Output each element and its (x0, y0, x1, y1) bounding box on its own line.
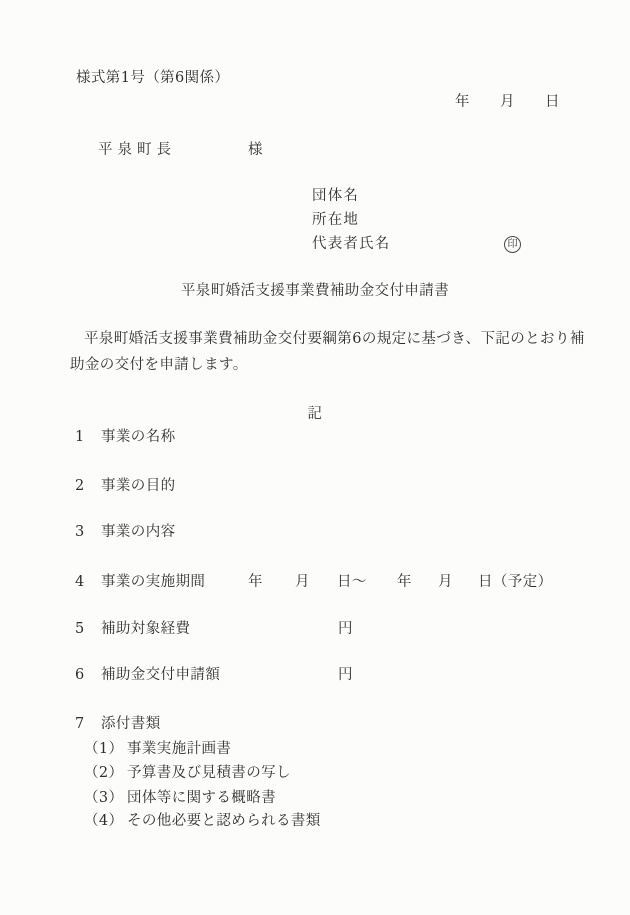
item-label: 事業の内容 (101, 522, 176, 542)
item-number: 4 (75, 572, 85, 592)
item-row-1: 1 事業の名称 (0, 427, 630, 447)
body-text-line-2: 助金の交付を申請します。 (0, 355, 630, 375)
item-label: 添付書類 (101, 714, 161, 734)
representative-line: 代表者氏名 印 (0, 234, 630, 254)
period-end-day: 日（予定） (478, 572, 553, 592)
item-row-2: 2 事業の目的 (0, 476, 630, 496)
attachment-row-2: （2） 予算書及び見積書の写し (0, 763, 630, 783)
period-start-day: 日～ (337, 572, 367, 592)
date-year-label: 年 (455, 92, 470, 112)
item-row-4: 4 事業の実施期間 年 月 日～ 年 月 日（予定） (0, 572, 630, 592)
form-number: 様式第1号（第6関係） (76, 68, 229, 88)
item-label: 補助金交付申請額 (101, 665, 220, 685)
body-text-2: 助金の交付を申請します。 (70, 355, 248, 375)
currency-unit: 円 (338, 665, 353, 685)
attachment-row-3: （3） 団体等に関する概略書 (0, 788, 630, 808)
attachment-label: 団体等に関する概略書 (127, 788, 276, 808)
application-form-page: 様式第1号（第6関係） 年 月 日 平泉町長 様 団体名 所在地 代表者氏名 印… (0, 0, 630, 915)
item-number: 6 (75, 665, 85, 685)
item-row-5: 5 補助対象経費 円 (0, 619, 630, 639)
addressee-honorific: 様 (248, 140, 263, 160)
addressee-line: 平泉町長 様 (0, 140, 630, 160)
date-month-label: 月 (500, 92, 515, 112)
body-text-line-1: 平泉町婚活支援事業費補助金交付要綱第6の規定に基づき、下記のとおり補 (0, 329, 630, 349)
body-text-1: 平泉町婚活支援事業費補助金交付要綱第6の規定に基づき、下記のとおり補 (84, 329, 585, 349)
item-label: 事業の名称 (101, 427, 176, 447)
date-line: 年 月 日 (0, 92, 630, 112)
period-start-month: 月 (295, 572, 310, 592)
item-number: 7 (75, 714, 85, 734)
period-start-year: 年 (248, 572, 263, 592)
attachment-label: その他必要と認められる書類 (127, 811, 321, 831)
date-day-label: 日 (545, 92, 560, 112)
item-label: 事業の実施期間 (101, 572, 205, 592)
attachment-number: （2） (84, 763, 123, 783)
attachment-number: （3） (84, 788, 123, 808)
form-number-line: 様式第1号（第6関係） (0, 68, 630, 88)
period-end-year: 年 (397, 572, 412, 592)
group-name-label: 団体名 (312, 186, 359, 206)
address-label: 所在地 (312, 210, 359, 230)
item-number: 5 (75, 619, 85, 639)
seal-icon: 印 (504, 236, 521, 253)
currency-unit: 円 (338, 619, 353, 639)
attachment-number: （4） (84, 811, 123, 831)
representative-label: 代表者氏名 (312, 234, 391, 254)
item-label: 補助対象経費 (101, 619, 190, 639)
addressee-title: 平泉町長 (98, 140, 176, 160)
attachment-number: （1） (84, 739, 123, 759)
item-number: 1 (75, 427, 85, 447)
group-name-line: 団体名 (0, 186, 630, 206)
item-number: 3 (75, 522, 85, 542)
item-row-6: 6 補助金交付申請額 円 (0, 665, 630, 685)
attachment-label: 事業実施計画書 (127, 739, 231, 759)
item-row-3: 3 事業の内容 (0, 522, 630, 542)
document-title: 平泉町婚活支援事業費補助金交付申請書 (0, 281, 630, 301)
record-marker: 記 (0, 404, 630, 424)
attachment-label: 予算書及び見積書の写し (127, 763, 291, 783)
address-line: 所在地 (0, 210, 630, 230)
item-number: 2 (75, 476, 85, 496)
period-end-month: 月 (438, 572, 453, 592)
item-row-7: 7 添付書類 (0, 714, 630, 734)
attachment-row-1: （1） 事業実施計画書 (0, 739, 630, 759)
item-label: 事業の目的 (101, 476, 176, 496)
attachment-row-4: （4） その他必要と認められる書類 (0, 811, 630, 831)
